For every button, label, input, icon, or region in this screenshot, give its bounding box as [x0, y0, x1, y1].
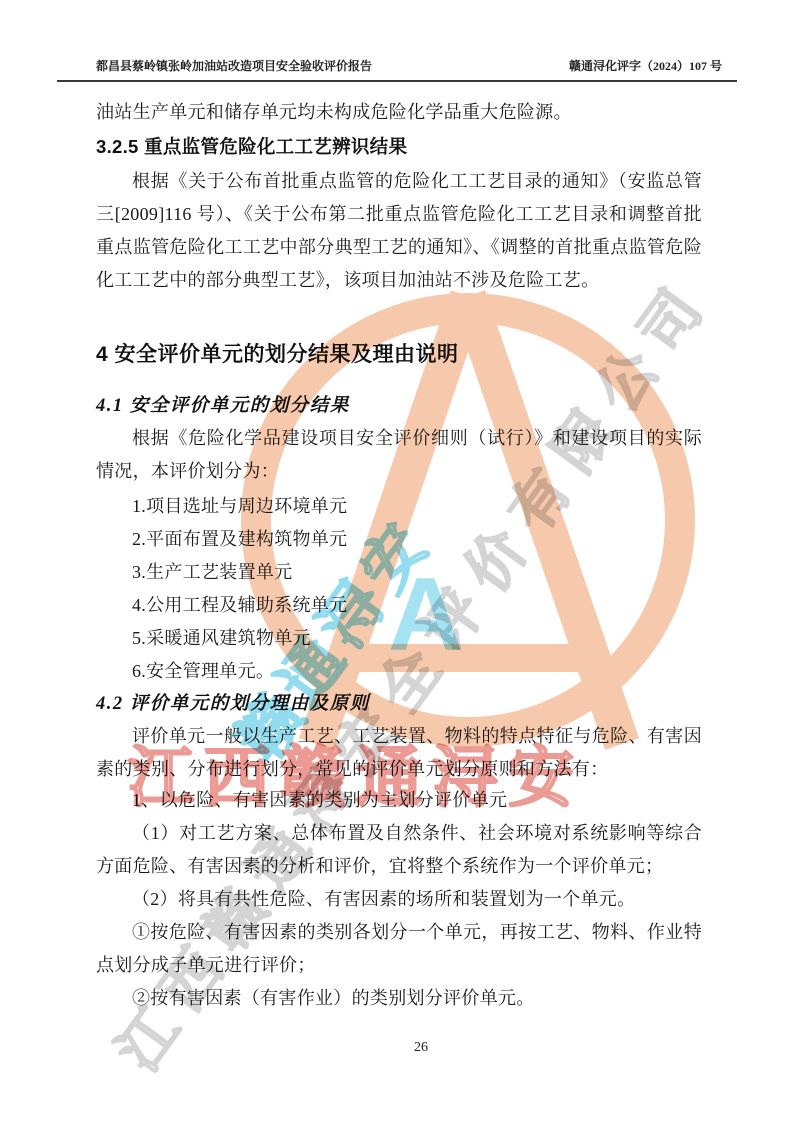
header-right-text: 赣通浔化评字（2024）107 号	[569, 57, 722, 74]
paragraph-325: 根据《关于公布首批重点监管的危险化工工艺目录的通知》（安监总管三[2009]11…	[96, 165, 702, 297]
paragraph-4-2: 评价单元一般以生产工艺、工艺装置、物料的特点特征与危险、有害因素的类别、分布进行…	[96, 720, 702, 786]
header-left-text: 都昌县蔡岭镇张岭加油站改造项目安全验收评价报告	[96, 57, 372, 74]
page-number: 26	[381, 1040, 461, 1056]
paragraph-1-2: （2）将具有共性危险、有害因素的场所和装置划为一个单元。	[96, 883, 702, 916]
header-rule	[57, 80, 737, 82]
section-heading-4-1: 4.1 安全评价单元的划分结果	[96, 390, 702, 423]
paragraph-1-1: （1）对工艺方案、总体布置及自然条件、社会环境对系统影响等综合方面危险、有害因素…	[96, 817, 702, 883]
section-heading-325: 3.2.5 重点监管危险化工工艺辨识结果	[96, 130, 702, 163]
unit-item: 4.公用工程及辅助系统单元	[96, 589, 702, 622]
paragraph-4-1: 根据《危险化学品建设项目安全评价细则（试行）》和建设项目的实际情况，本评价划分为…	[96, 422, 702, 488]
unit-item: 5.采暖通风建筑物单元	[96, 622, 702, 655]
list-item-1: 1、以危险、有害因素的类别为主划分评价单元	[96, 784, 702, 817]
subitem-circle-1: ①按危险、有害因素的类别各划分一个单元，再按工艺、物料、作业特点划分成子单元进行…	[96, 916, 702, 982]
unit-item: 6.安全管理单元。	[96, 655, 702, 688]
chapter-heading-4: 4 安全评价单元的划分结果及理由说明	[96, 338, 702, 371]
page-header: 都昌县蔡岭镇张岭加油站改造项目安全验收评价报告 赣通浔化评字（2024）107 …	[96, 57, 722, 74]
document-page: 都昌县蔡岭镇张岭加油站改造项目安全验收评价报告 赣通浔化评字（2024）107 …	[0, 0, 793, 1122]
unit-item: 2.平面布置及建构筑物单元	[96, 523, 702, 556]
unit-item: 1.项目选址与周边环境单元	[96, 490, 702, 523]
unit-item: 3.生产工艺装置单元	[96, 556, 702, 589]
subitem-circle-2: ②按有害因素（有害作业）的类别划分评价单元。	[96, 982, 702, 1015]
section-heading-4-2: 4.2 评价单元的划分理由及原则	[96, 688, 702, 721]
intro-line: 油站生产单元和储存单元均未构成危险化学品重大危险源。	[96, 96, 702, 129]
